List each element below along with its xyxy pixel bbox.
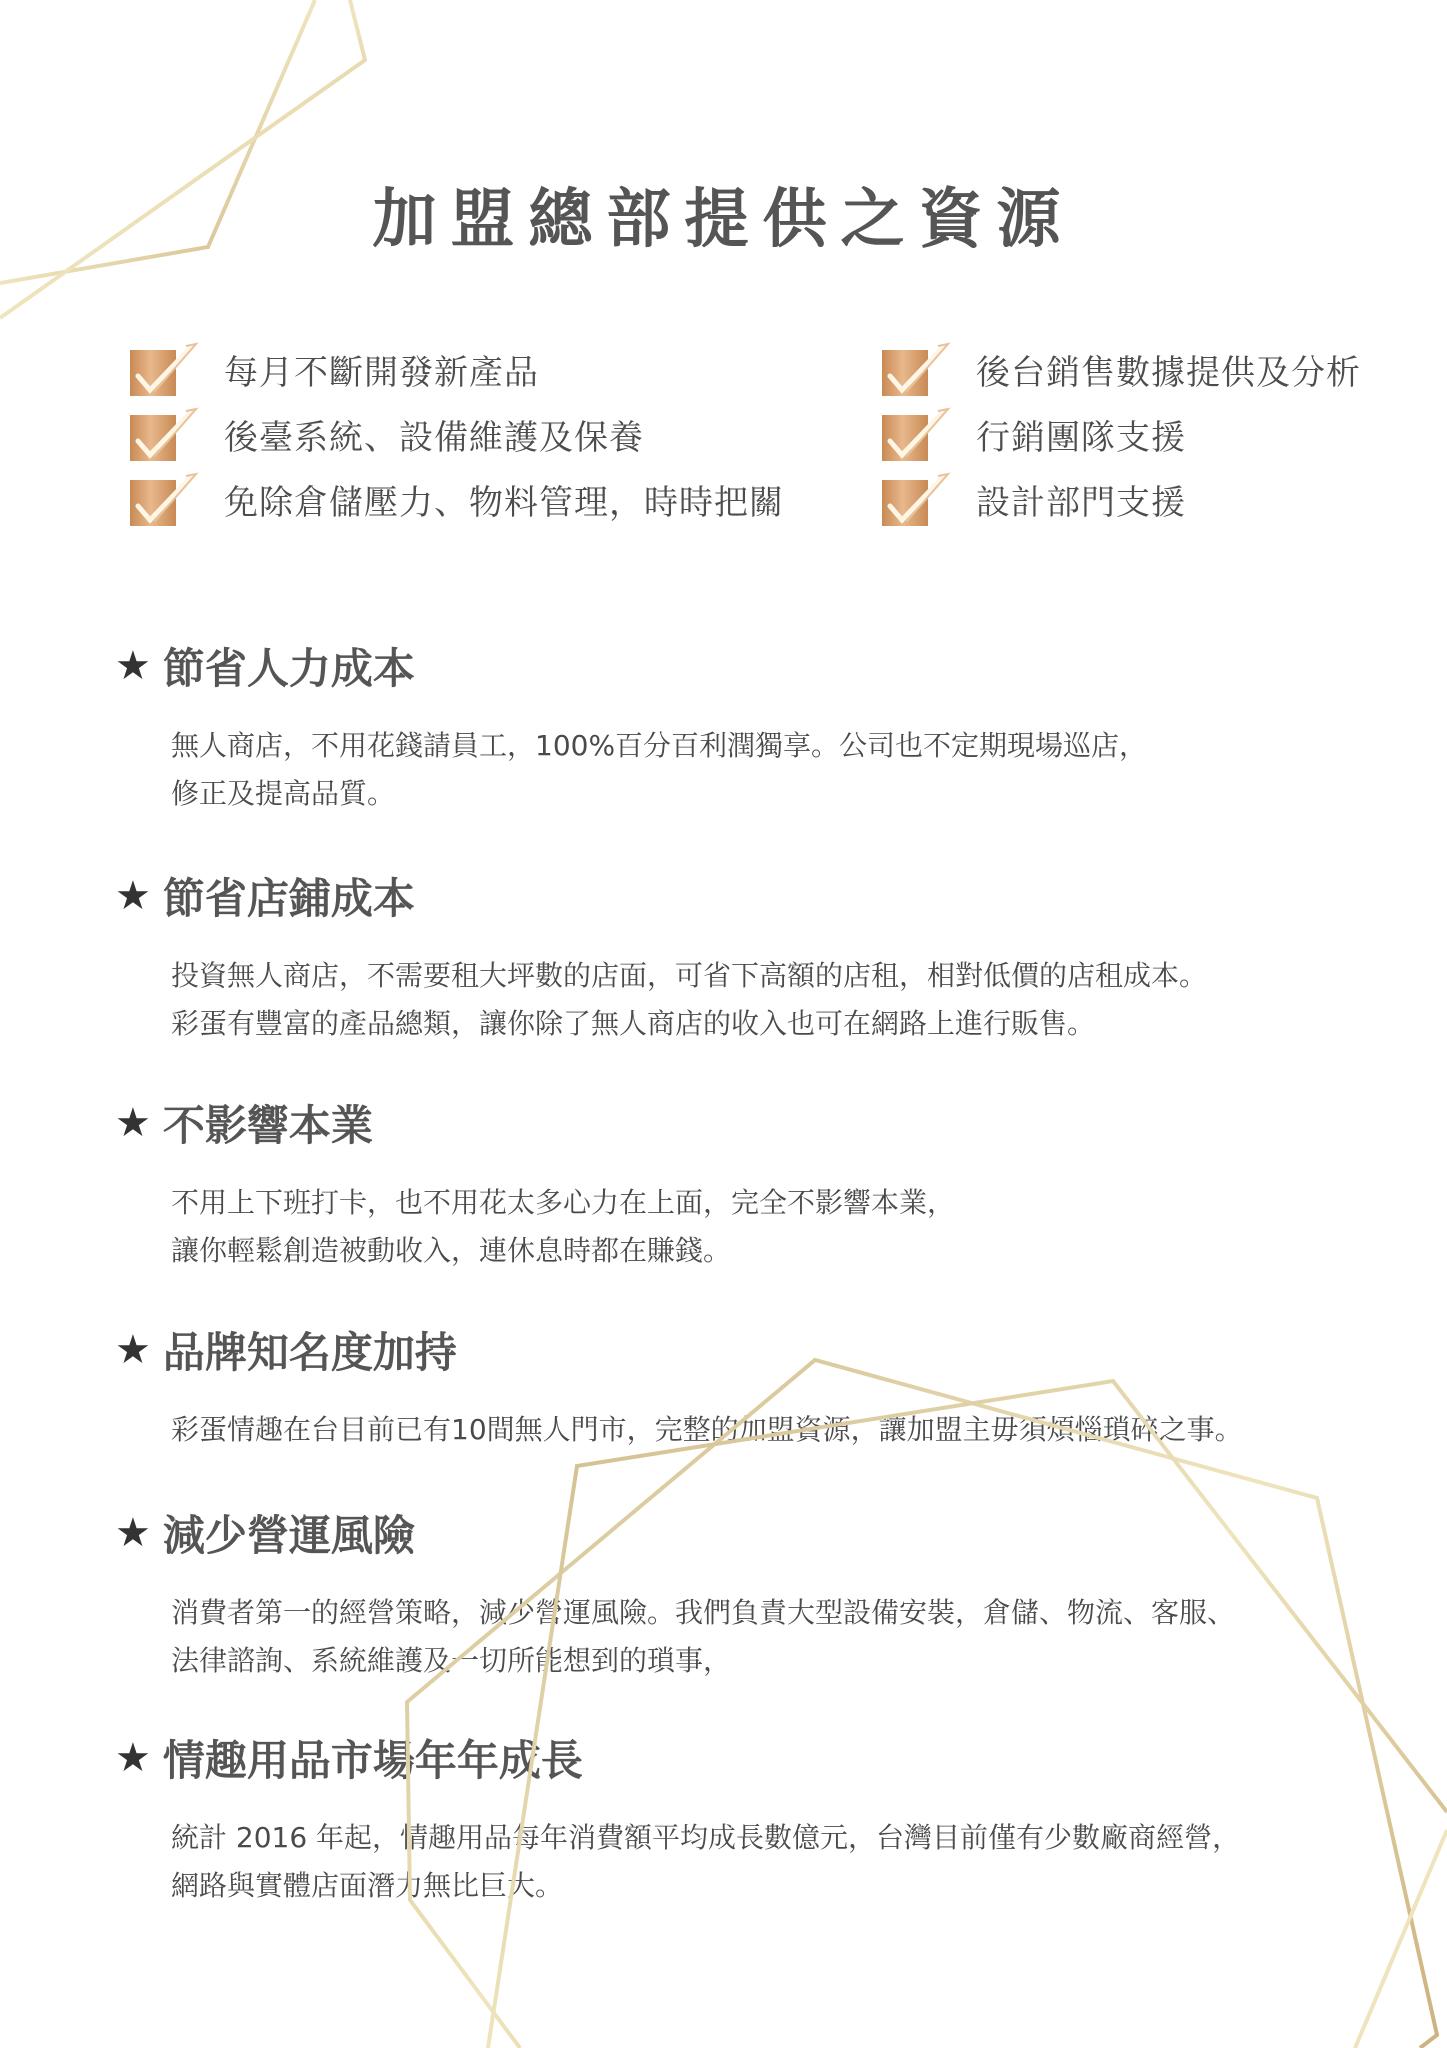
resource-item: 免除倉儲壓力、物料管理，時時把關: [128, 467, 784, 532]
section-risk: ★ 減少營運風險 消費者第一的經營策略，減少營運風險。我們負責大型設備安裝，倉儲…: [115, 1503, 1235, 1685]
resource-item: 每月不斷開發新產品: [128, 337, 784, 402]
section-store-cost: ★ 節省店鋪成本 投資無人商店，不需要租大坪數的店面，可省下高額的店租，相對低價…: [115, 866, 1207, 1048]
body-line: 不用上下班打卡，也不用花太多心力在上面，完全不影響本業，: [171, 1179, 955, 1227]
body-line: 統計 2016 年起，情趣用品每年消費額平均成長數億元，台灣目前僅有少數廠商經營…: [171, 1814, 1240, 1862]
section-body: 無人商店，不用花錢請員工，100%百分百利潤獨享。公司也不定期現場巡店， 修正及…: [171, 722, 1147, 818]
section-title: 情趣用品市場年年成長: [163, 1728, 583, 1788]
gold-checkbox-icon: [128, 342, 200, 398]
body-line: 彩蛋情趣在台目前已有10間無人門市，完整的加盟資源，讓加盟主毋須煩惱瑣碎之事。: [171, 1406, 1243, 1454]
section-heading: ★ 節省人力成本: [115, 636, 1147, 696]
resource-item: 後臺系統、設備維護及保養: [128, 402, 784, 467]
body-line: 無人商店，不用花錢請員工，100%百分百利潤獨享。公司也不定期現場巡店，: [171, 722, 1147, 770]
section-body: 統計 2016 年起，情趣用品每年消費額平均成長數億元，台灣目前僅有少數廠商經營…: [171, 1814, 1240, 1910]
section-heading: ★ 節省店鋪成本: [115, 866, 1207, 926]
section-heading: ★ 情趣用品市場年年成長: [115, 1728, 1240, 1788]
resource-label: 行銷團隊支援: [976, 410, 1186, 459]
section-heading: ★ 減少營運風險: [115, 1503, 1235, 1563]
resource-label: 後台銷售數據提供及分析: [976, 345, 1361, 394]
gold-checkbox-icon: [880, 407, 952, 463]
resource-item: 行銷團隊支援: [880, 402, 1361, 467]
resource-label: 每月不斷開發新產品: [224, 345, 539, 394]
star-icon: ★: [115, 1738, 151, 1778]
section-title: 不影響本業: [163, 1093, 373, 1153]
section-heading: ★ 品牌知名度加持: [115, 1320, 1243, 1380]
body-line: 讓你輕鬆創造被動收入，連休息時都在賺錢。: [171, 1227, 955, 1275]
section-main-job: ★ 不影響本業 不用上下班打卡，也不用花太多心力在上面，完全不影響本業， 讓你輕…: [115, 1093, 955, 1275]
star-icon: ★: [115, 1513, 151, 1553]
resource-list-right: 後台銷售數據提供及分析 行銷團隊支援 設計部門支援: [880, 337, 1361, 532]
section-title: 節省人力成本: [163, 636, 415, 696]
page-title: 加盟總部提供之資源: [0, 168, 1447, 260]
body-line: 消費者第一的經營策略，減少營運風險。我們負責大型設備安裝，倉儲、物流、客服、: [171, 1589, 1235, 1637]
gold-checkbox-icon: [880, 472, 952, 528]
section-labor-cost: ★ 節省人力成本 無人商店，不用花錢請員工，100%百分百利潤獨享。公司也不定期…: [115, 636, 1147, 818]
gold-checkbox-icon: [128, 407, 200, 463]
section-body: 不用上下班打卡，也不用花太多心力在上面，完全不影響本業， 讓你輕鬆創造被動收入，…: [171, 1179, 955, 1275]
section-market-growth: ★ 情趣用品市場年年成長 統計 2016 年起，情趣用品每年消費額平均成長數億元…: [115, 1728, 1240, 1910]
resource-item: 設計部門支援: [880, 467, 1361, 532]
star-icon: ★: [115, 1103, 151, 1143]
star-icon: ★: [115, 1330, 151, 1370]
resource-label: 免除倉儲壓力、物料管理，時時把關: [224, 475, 784, 524]
body-line: 網路與實體店面潛力無比巨大。: [171, 1862, 1240, 1910]
section-title: 減少營運風險: [163, 1503, 415, 1563]
resource-item: 後台銷售數據提供及分析: [880, 337, 1361, 402]
body-line: 法律諮詢、系統維護及一切所能想到的瑣事，: [171, 1637, 1235, 1685]
section-body: 投資無人商店，不需要租大坪數的店面，可省下高額的店租，相對低價的店租成本。 彩蛋…: [171, 952, 1207, 1048]
star-icon: ★: [115, 646, 151, 686]
body-line: 投資無人商店，不需要租大坪數的店面，可省下高額的店租，相對低價的店租成本。: [171, 952, 1207, 1000]
resource-label: 設計部門支援: [976, 475, 1186, 524]
section-title: 節省店鋪成本: [163, 866, 415, 926]
resource-list-left: 每月不斷開發新產品 後臺系統、設備維護及保養 免除倉儲壓力、物料管理，時時把關: [128, 337, 784, 532]
section-body: 消費者第一的經營策略，減少營運風險。我們負責大型設備安裝，倉儲、物流、客服、 法…: [171, 1589, 1235, 1685]
resource-label: 後臺系統、設備維護及保養: [224, 410, 644, 459]
section-body: 彩蛋情趣在台目前已有10間無人門市，完整的加盟資源，讓加盟主毋須煩惱瑣碎之事。: [171, 1406, 1243, 1454]
star-icon: ★: [115, 876, 151, 916]
section-heading: ★ 不影響本業: [115, 1093, 955, 1153]
section-brand-awareness: ★ 品牌知名度加持 彩蛋情趣在台目前已有10間無人門市，完整的加盟資源，讓加盟主…: [115, 1320, 1243, 1454]
section-title: 品牌知名度加持: [163, 1320, 457, 1380]
body-line: 修正及提高品質。: [171, 770, 1147, 818]
body-line: 彩蛋有豐富的產品總類，讓你除了無人商店的收入也可在網路上進行販售。: [171, 1000, 1207, 1048]
gold-checkbox-icon: [880, 342, 952, 398]
gold-checkbox-icon: [128, 472, 200, 528]
